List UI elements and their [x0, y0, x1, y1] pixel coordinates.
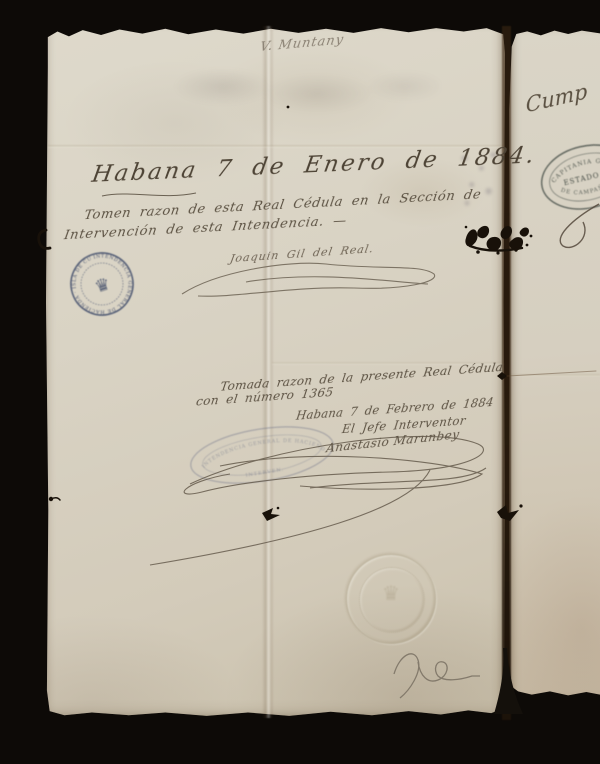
ink-blots-overlay: [0, 0, 600, 764]
photo-canvas: Cump CAPITANIA GRAL ESTADO M DE CAMPAÑA …: [0, 0, 600, 764]
